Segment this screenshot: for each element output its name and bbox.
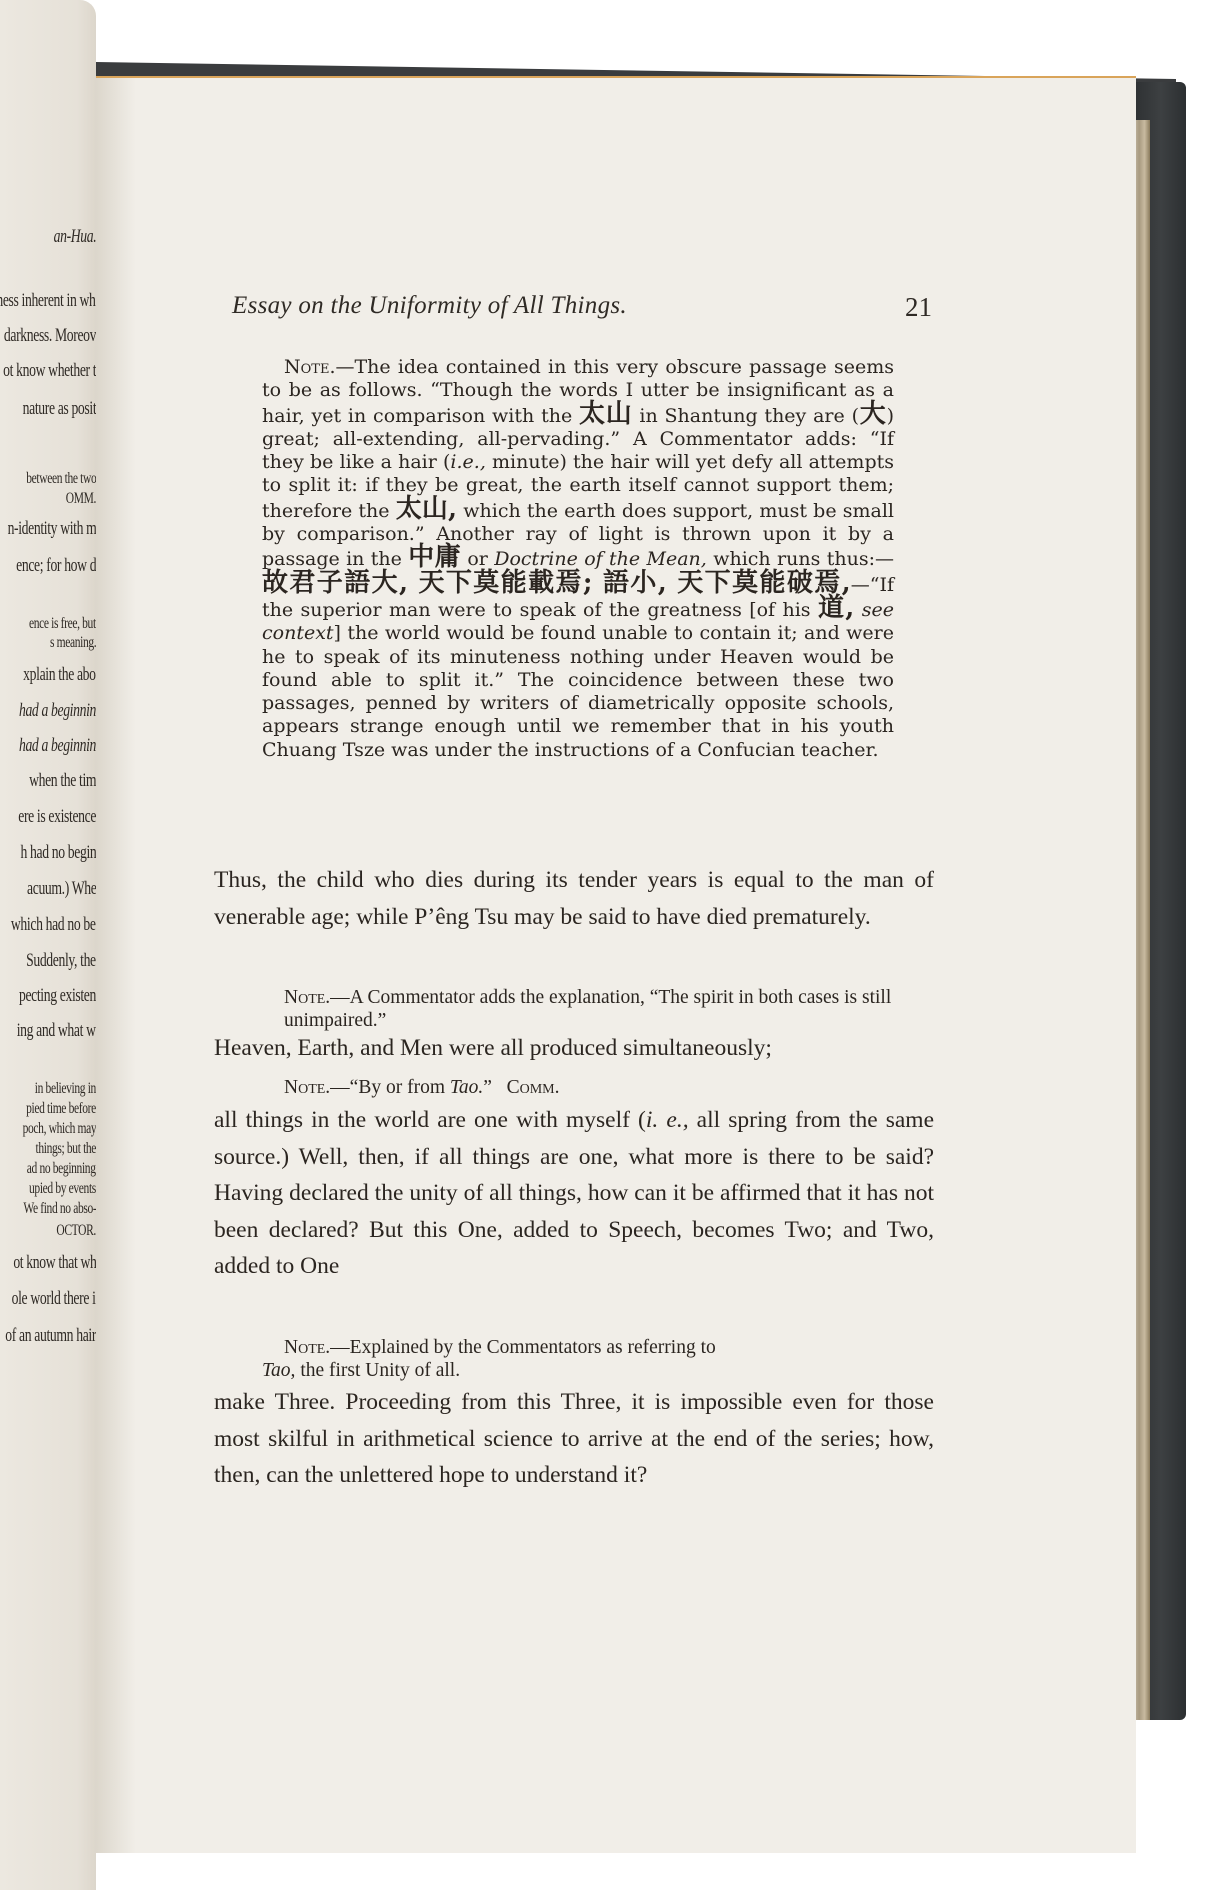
left-page-line: We find no abso- (23, 1200, 96, 1218)
paragraph-2-text: Heaven, Earth, and Men were all produced… (214, 1030, 934, 1067)
note-2-text: Note.—A Commentator adds the explanation… (262, 986, 894, 1032)
note-label: Note. (284, 356, 335, 378)
left-page-line: things; but the (35, 1140, 96, 1158)
left-page-line: acuum.) Whe (27, 878, 96, 900)
chinese-characters: 大 (859, 399, 887, 429)
note-3-attribution: Comm. (507, 1077, 560, 1098)
left-page-line: ing and what w (17, 1020, 96, 1042)
chinese-characters: 故君子語大, 天下莫能載焉; 語小, 天下莫能破焉, (262, 568, 851, 598)
left-page-line: of an autumn hair (5, 1325, 96, 1347)
left-page-line: pied time before (26, 1100, 96, 1118)
left-page-line: ere is existence (18, 806, 96, 828)
left-page-line: ence is free, but (29, 615, 96, 633)
note-1-text: Note.—The idea contained in this very ob… (262, 356, 894, 762)
left-page-line: lness inherent in wh (0, 290, 96, 312)
left-page-line: OMM. (66, 490, 96, 508)
left-page-line: xplain the abo (24, 664, 96, 686)
left-page-line: in believing in (35, 1080, 96, 1098)
note-3-italic: Tao. (450, 1077, 483, 1098)
paragraph-3-text: all things in the world are one with mys… (214, 1102, 934, 1285)
note-4-rest: the first Unity of all. (295, 1360, 460, 1381)
left-page-line: upied by events (29, 1180, 96, 1198)
left-page-line: Suddenly, the (26, 950, 96, 972)
left-page-line: ence; for how d (16, 555, 96, 577)
chinese-characters: 太山, (396, 494, 457, 524)
note-4: Note.—Explained by the Commentators as r… (262, 1336, 894, 1382)
left-page-line: s meaning. (50, 634, 96, 652)
paragraph-1: Thus, the child who dies during its tend… (214, 862, 934, 935)
note-4-body: —Explained by the Commentators as referr… (330, 1337, 716, 1358)
left-page-line: n-identity with m (7, 518, 96, 540)
note-3-text: Note.—“By or from Tao.” Comm. (262, 1076, 894, 1099)
left-page-fragment: an-Hua.lness inherent in whdarkness. Mor… (0, 0, 96, 1890)
page-number: 21 (905, 292, 932, 323)
right-page (96, 76, 1136, 1853)
left-page-line: ad no beginning (27, 1160, 96, 1178)
paragraph-1-text: Thus, the child who dies during its tend… (214, 862, 934, 935)
note-label: Note. (284, 987, 330, 1008)
note-3: Note.—“By or from Tao.” Comm. (262, 1076, 894, 1099)
note-text (854, 599, 861, 621)
note-3-close: ” (483, 1077, 492, 1098)
gutter-shadow (96, 78, 136, 1853)
note-1: Note.—The idea contained in this very ob… (262, 356, 894, 762)
left-page-line: ot know that wh (13, 1252, 96, 1274)
note-text: in Shantung they are ( (633, 405, 859, 427)
left-page-line: pecting existen (19, 985, 96, 1007)
left-page-line: an-Hua. (53, 226, 96, 248)
left-page-line: nature as posit (22, 398, 96, 420)
left-page-line: when the tim (29, 770, 96, 792)
left-page-line: ot know whether t (3, 360, 96, 382)
left-page-line: poch, which may (22, 1120, 96, 1138)
paragraph-4: make Three. Proceeding from this Three, … (214, 1384, 934, 1494)
note-3-body: —“By or from (330, 1077, 450, 1098)
italic-text: i.e., (450, 451, 485, 473)
chinese-characters: 太山 (579, 399, 633, 429)
paragraph-3-italic: i. e., (646, 1107, 689, 1133)
note-2-body: —A Commentator adds the explanation, “Th… (284, 987, 891, 1031)
note-4-italic: Tao, (262, 1360, 295, 1381)
left-page-line: h had no begin (20, 842, 96, 864)
chinese-characters: 道, (818, 593, 854, 623)
left-page-line: darkness. Moreov (4, 325, 96, 347)
note-2: Note.—A Commentator adds the explanation… (262, 986, 894, 1032)
left-page-line: OCTOR. (56, 1222, 96, 1240)
left-page-line: which had no be (11, 914, 96, 936)
note-4-line-1: Note.—Explained by the Commentators as r… (262, 1336, 894, 1359)
paragraph-3-part-1: all things in the world are one with mys… (214, 1107, 646, 1133)
left-page-line: had a beginnin (19, 700, 96, 722)
note-label: Note. (284, 1077, 330, 1098)
paragraph-2: Heaven, Earth, and Men were all produced… (214, 1030, 934, 1067)
paragraph-3: all things in the world are one with mys… (214, 1102, 934, 1285)
left-page-line: had a beginnin (19, 735, 96, 757)
left-page-line: ole world there i (12, 1288, 96, 1310)
note-label: Note. (284, 1337, 330, 1358)
running-head: Essay on the Uniformity of All Things. (232, 292, 627, 320)
note-text: ] the world would be found unable to con… (262, 622, 894, 760)
left-page-line: between the two (26, 470, 96, 488)
note-4-line-2: Tao, the first Unity of all. (262, 1359, 894, 1382)
paragraph-4-text: make Three. Proceeding from this Three, … (214, 1384, 934, 1494)
